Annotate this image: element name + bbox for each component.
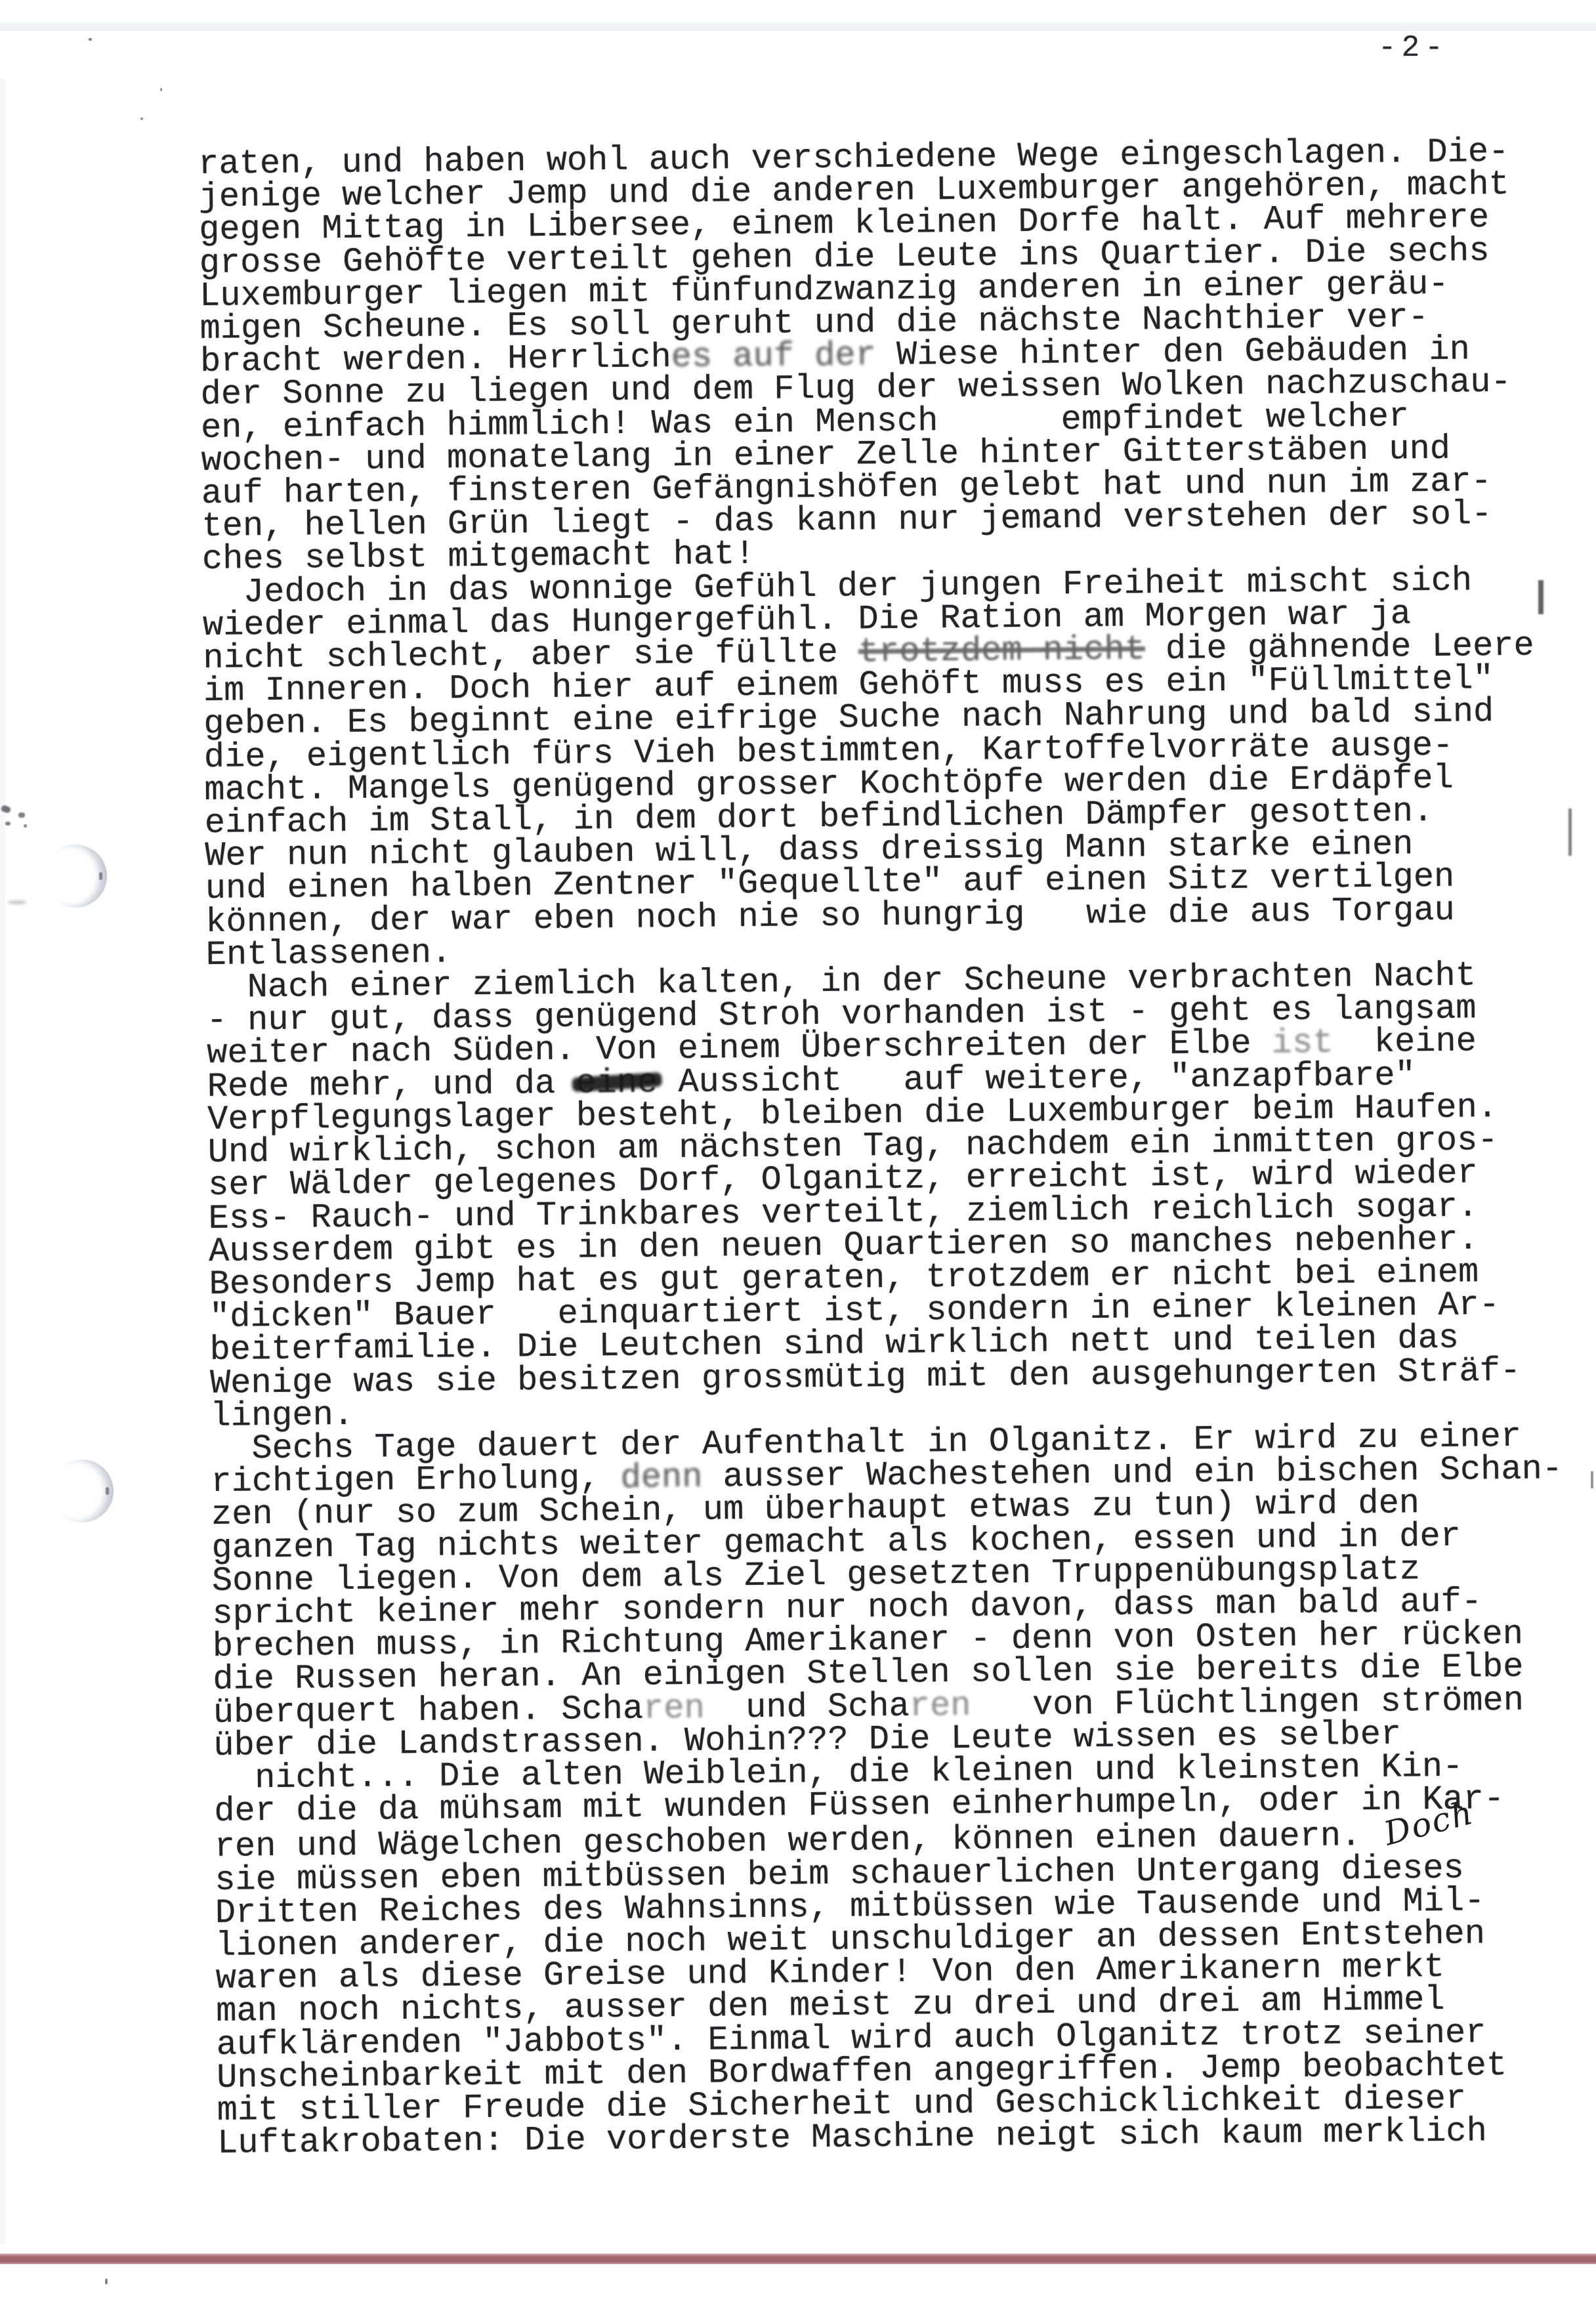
faint-text: ren	[643, 1689, 705, 1728]
smudge-text: denn	[620, 1458, 702, 1498]
scan-edge-left	[0, 79, 5, 2244]
ink-speck	[18, 812, 25, 818]
scan-artifact	[1591, 1471, 1593, 1488]
footer-color-bar	[0, 2254, 1596, 2264]
struck-text: eine	[576, 1063, 658, 1102]
ink-speck	[8, 900, 26, 904]
ink-speck	[5, 822, 10, 826]
ink-speck	[140, 117, 143, 120]
ink-speck	[160, 88, 162, 91]
ink-speck	[24, 824, 27, 828]
punch-hole	[51, 1459, 114, 1522]
scan-artifact	[1538, 580, 1543, 614]
ink-speck	[89, 38, 92, 41]
faint-text: ren	[910, 1686, 971, 1725]
smudge-text: es auf der	[671, 336, 877, 377]
typed-text-block: raten, und haben wohl auch verschiedene …	[198, 135, 1569, 2160]
faint-text: ist	[1272, 1024, 1333, 1063]
page-number: -2-	[1378, 33, 1448, 63]
scan-artifact	[1568, 808, 1572, 856]
punch-hole	[44, 845, 107, 908]
overtype-text: trotzdem nicht	[858, 630, 1145, 671]
ink-speck	[105, 2278, 108, 2284]
document-page: -2- raten, und haben wohl auch verschied…	[0, 0, 1596, 2310]
scan-edge-top	[0, 22, 1596, 31]
